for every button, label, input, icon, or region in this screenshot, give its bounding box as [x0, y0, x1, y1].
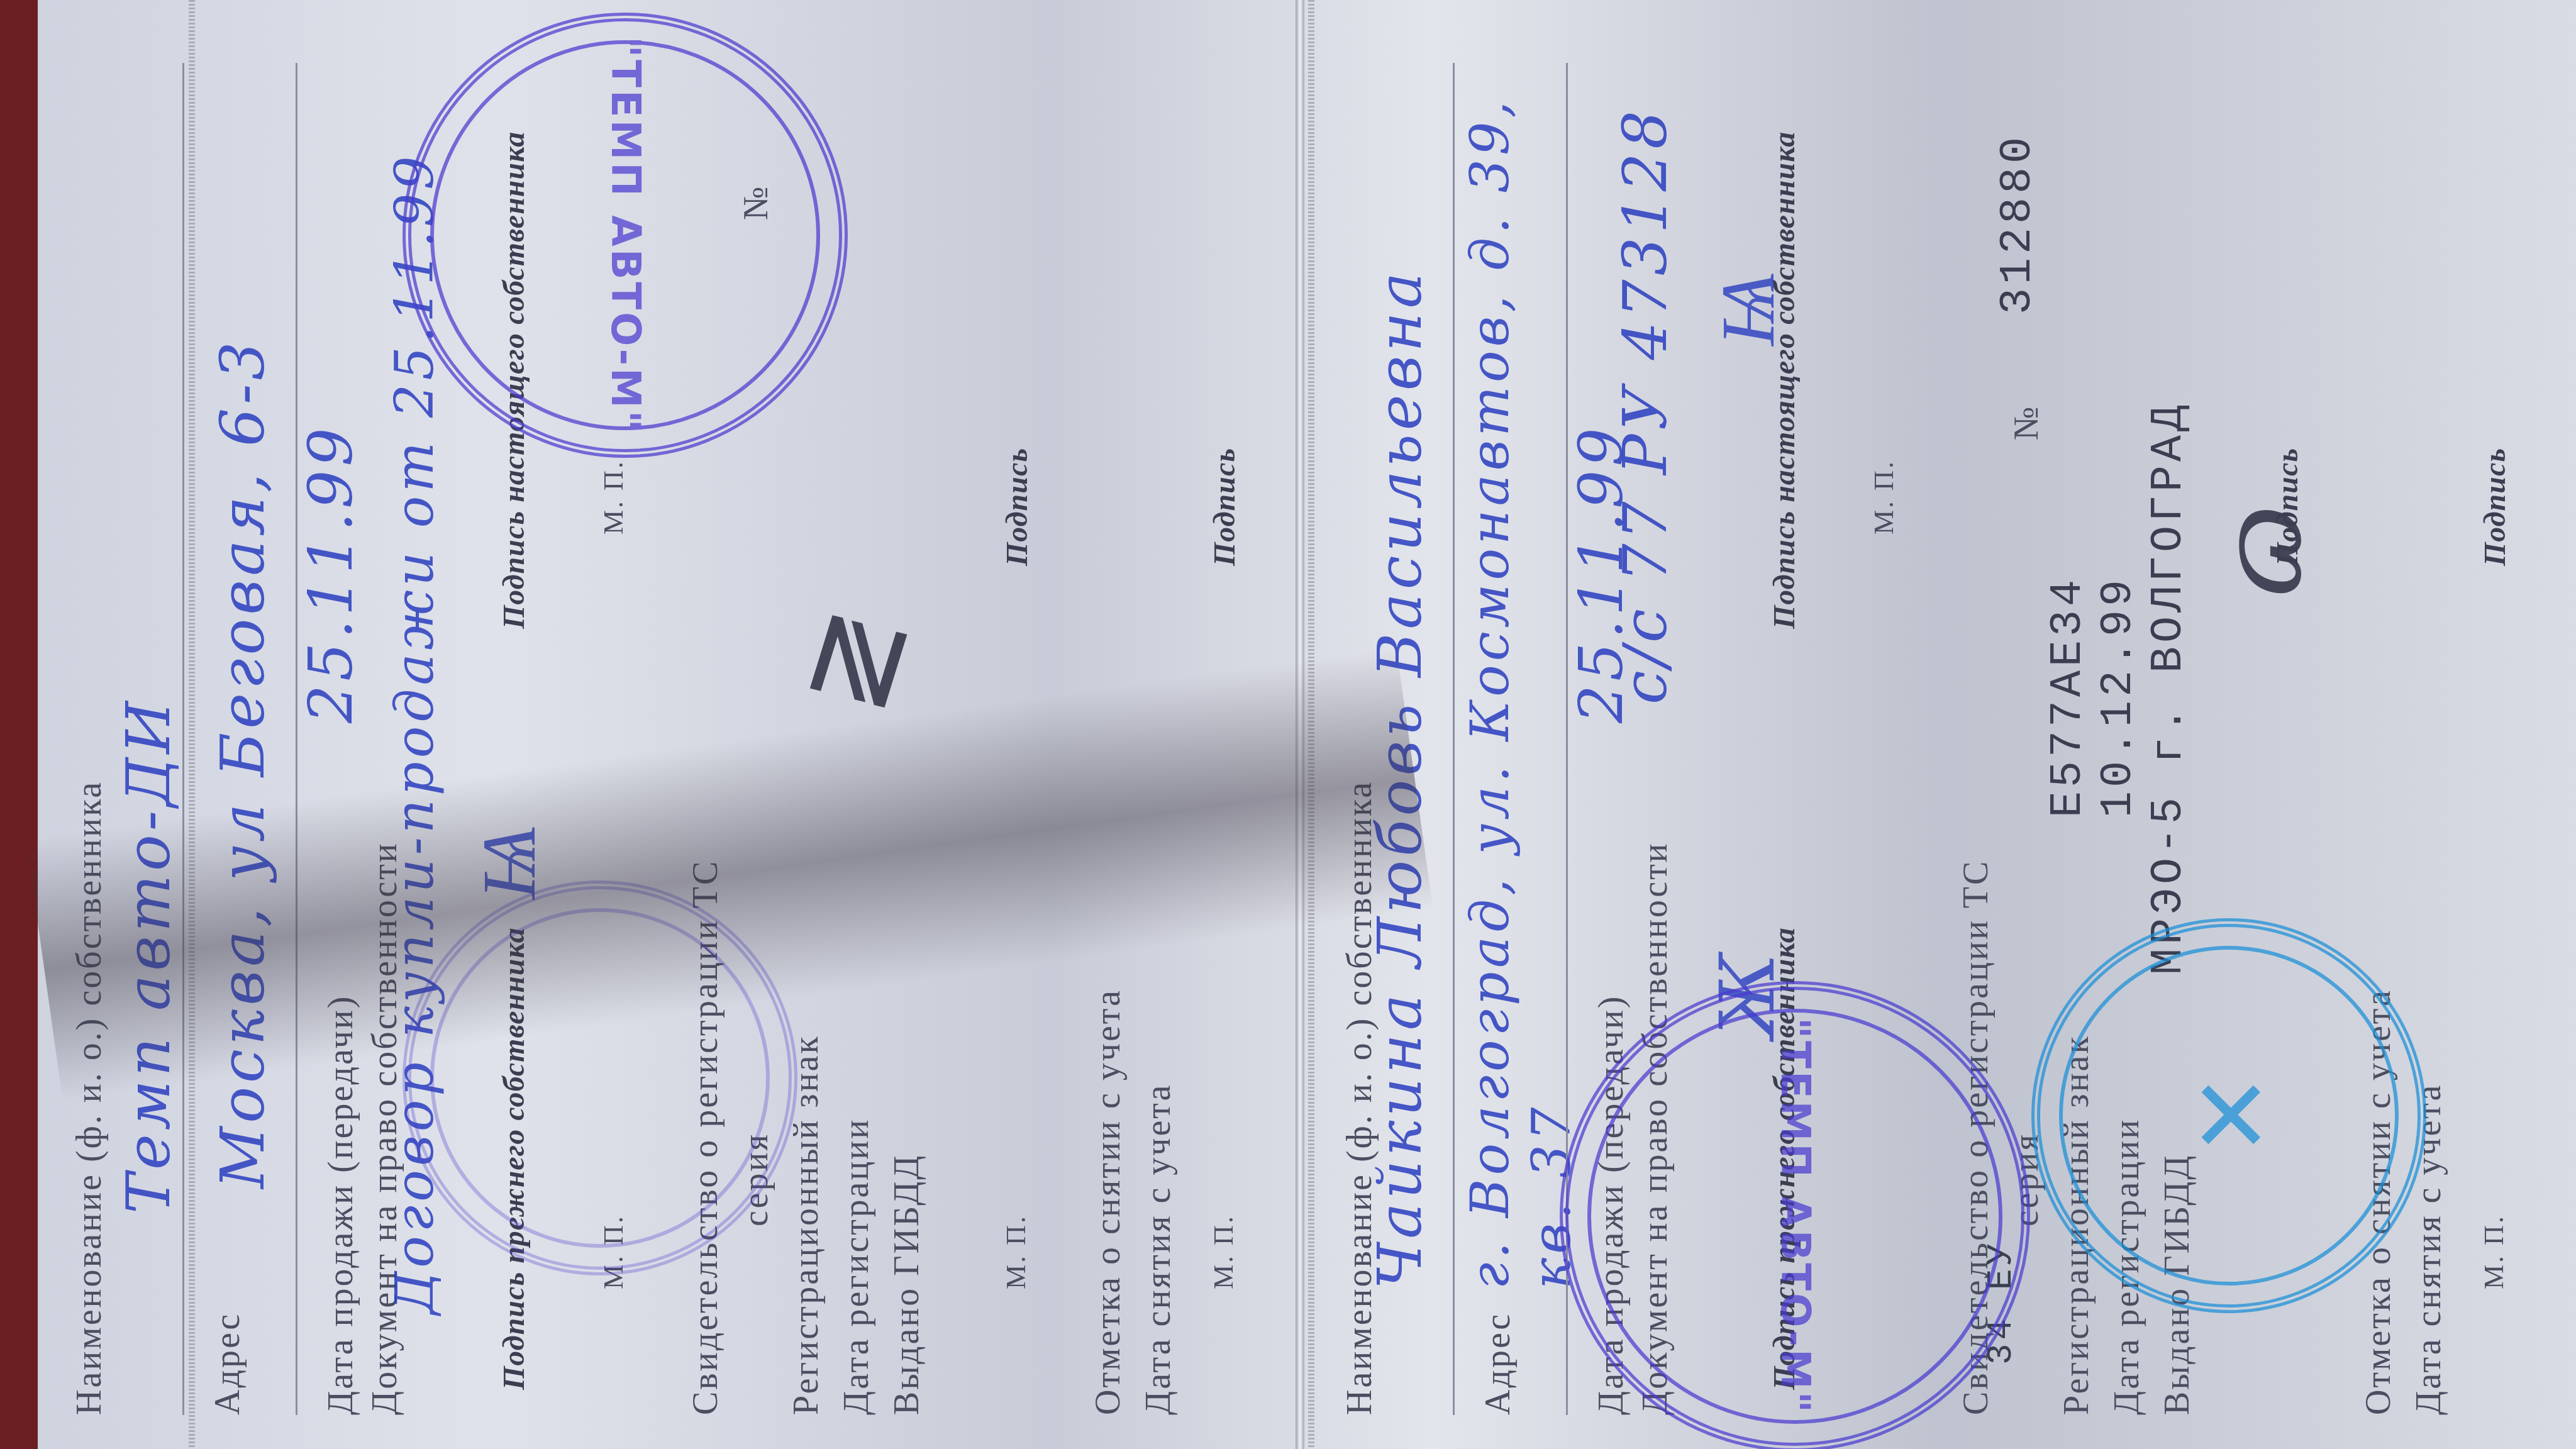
owner-name-value: Чайкина Любовь Васильевна [1365, 269, 1435, 1289]
gibdd-stamp: ✕ [2031, 918, 2426, 1313]
form-line [296, 63, 297, 1415]
inspector-signature: ≷ [780, 618, 926, 723]
stamp-text: "ТЕМП АВТО-М" [602, 36, 648, 434]
signature-label: Подпись [1207, 448, 1242, 566]
signature-label: Подпись [2270, 448, 2305, 566]
stamp-ring [430, 908, 770, 1248]
number-sign: № [2006, 405, 2046, 440]
issued-by-value: МРЭО-5 г. ВОЛГОГРАД [2145, 401, 2194, 975]
sale-date-label: Дата продажи (передачи) [321, 995, 361, 1415]
reg-number-value: 312880 [1994, 133, 2043, 314]
ownership-doc-value: с/с 77 РУ 473128 [1610, 107, 1680, 704]
address-value: Москва, ул Беговая, 6-3 [208, 338, 278, 1189]
mp-label: М. П. [1000, 1214, 1032, 1289]
dereg-date-label: Дата снятия с учета [1138, 1084, 1179, 1415]
address-value: г. Волгоград, ул. Космонавтов, д. 39, кв… [1459, 0, 1582, 1289]
mp-label: М. П. [1868, 460, 1900, 535]
mp-label: М. П. [597, 460, 630, 535]
curr-owner-sig-label: Подпись настоящего собственника [1767, 131, 1802, 629]
signature-label: Подпись [1000, 448, 1035, 566]
security-microtext [1308, 0, 1314, 1449]
owner-signature: Ѩ [465, 823, 553, 899]
sale-date-value: 25.11.99 [296, 425, 366, 724]
reg-date-value: 10.12.99 [2094, 576, 2144, 818]
page-fold [1296, 0, 1304, 1449]
owner-name-value: Темп авто-ДИ [113, 697, 184, 1214]
mp-label: М. П. [1207, 1214, 1240, 1289]
reg-date-label: Дата регистрации [836, 1118, 877, 1415]
inspector-signature: ɷ [2195, 504, 2326, 597]
form-line [1453, 63, 1455, 1415]
address-label: Адрес [1478, 1313, 1518, 1415]
curr-owner-signature: Ѩ [1704, 269, 1792, 346]
address-label: Адрес [208, 1313, 248, 1415]
reg-plate-value: Е577АЕ34 [2044, 576, 2094, 818]
stamp-text: "ТЕМП АВТО-М" [1772, 1018, 1818, 1415]
owner-name-label: Наименование (ф. и. о.) собственника [69, 780, 109, 1415]
company-stamp: "ТЕМП АВТО-М" [402, 13, 848, 458]
mp-label: М. П. [2478, 1214, 2510, 1289]
dereg-label: Отметка о снятии с учета [1088, 989, 1128, 1415]
issued-by-label: Выдано ГИБДД [887, 1153, 927, 1415]
signature-label: Подпись [2478, 448, 2512, 566]
company-stamp: "ТЕМП АВТО-М" [1560, 981, 2030, 1449]
company-stamp-faded [402, 880, 797, 1275]
stamp-emblem-icon: ✕ [2170, 1072, 2288, 1159]
